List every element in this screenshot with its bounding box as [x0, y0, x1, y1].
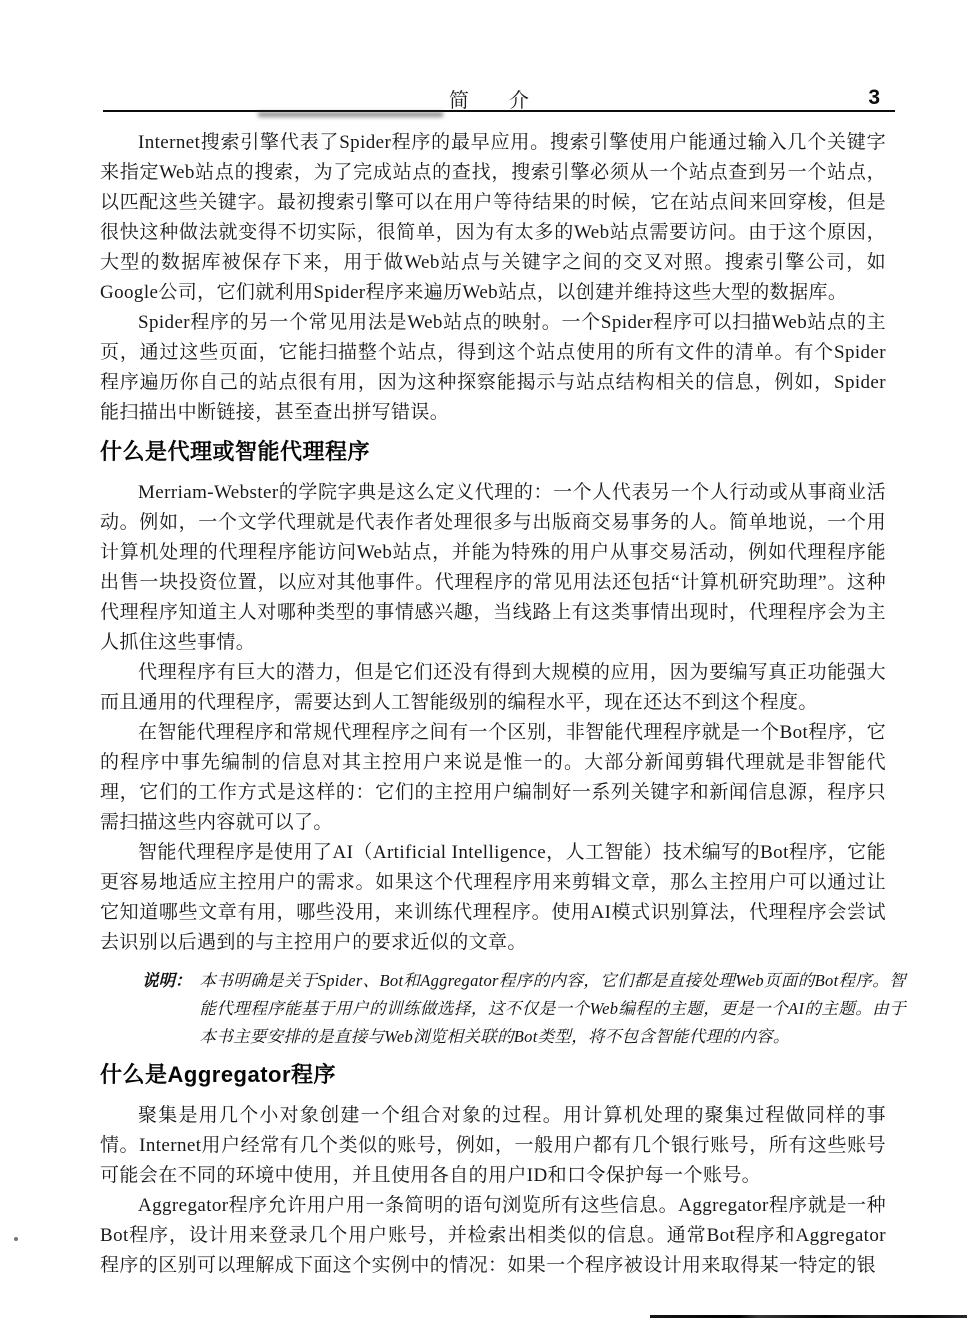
paragraph-non-intelligent-agent: 在智能代理程序和常规代理程序之间有一个区别，非智能代理程序就是一个Bot程序，它…: [100, 718, 886, 838]
section-heading-agent: 什么是代理或智能代理程序: [100, 437, 886, 467]
paragraph-site-mapping: Spider程序的另一个常见用法是Web站点的映射。一个Spider程序可以扫描…: [100, 308, 886, 428]
paragraph-agent-potential: 代理程序有巨大的潜力，但是它们还没有得到大规模的应用，因为要编写真正功能强大而且…: [100, 658, 886, 718]
note-block: 说明： 本书明确是关于Spider、Bot和Aggregator程序的内容，它们…: [142, 967, 906, 1051]
page-number: 3: [868, 86, 880, 110]
paragraph-aggregator-bot: Aggregator程序允许用户用一条简明的语句浏览所有这些信息。Aggrega…: [100, 1191, 886, 1281]
note-text: 本书明确是关于Spider、Bot和Aggregator程序的内容，它们都是直接…: [200, 967, 907, 1051]
page-body: Internet搜索引擎代表了Spider程序的最早应用。搜索引擎使用户能通过输…: [100, 128, 886, 1281]
note-label: 说明：: [142, 967, 192, 1051]
paragraph-intelligent-agent: 智能代理程序是使用了AI（Artificial Intelligence，人工智…: [100, 838, 886, 958]
paragraph-agent-definition: Merriam-Webster的学院字典是这么定义代理的：一个人代表另一个人行动…: [100, 478, 886, 658]
header-rule: [103, 110, 895, 112]
paragraph-search-engines: Internet搜索引擎代表了Spider程序的最早应用。搜索引擎使用户能通过输…: [100, 128, 886, 308]
scan-speck: [14, 1237, 18, 1241]
scan-smudge: [258, 112, 443, 117]
scan-artifact-line: [650, 1315, 967, 1318]
section-heading-aggregator: 什么是Aggregator程序: [100, 1060, 886, 1090]
paragraph-aggregation: 聚集是用几个小对象创建一个组合对象的过程。用计算机处理的聚集过程做同样的事情。I…: [100, 1101, 886, 1191]
page-header: 简 介 3: [100, 84, 888, 110]
running-title: 简 介: [449, 84, 539, 113]
book-page: 简 介 3 Internet搜索引擎代表了Spider程序的最早应用。搜索引擎使…: [0, 0, 967, 1328]
